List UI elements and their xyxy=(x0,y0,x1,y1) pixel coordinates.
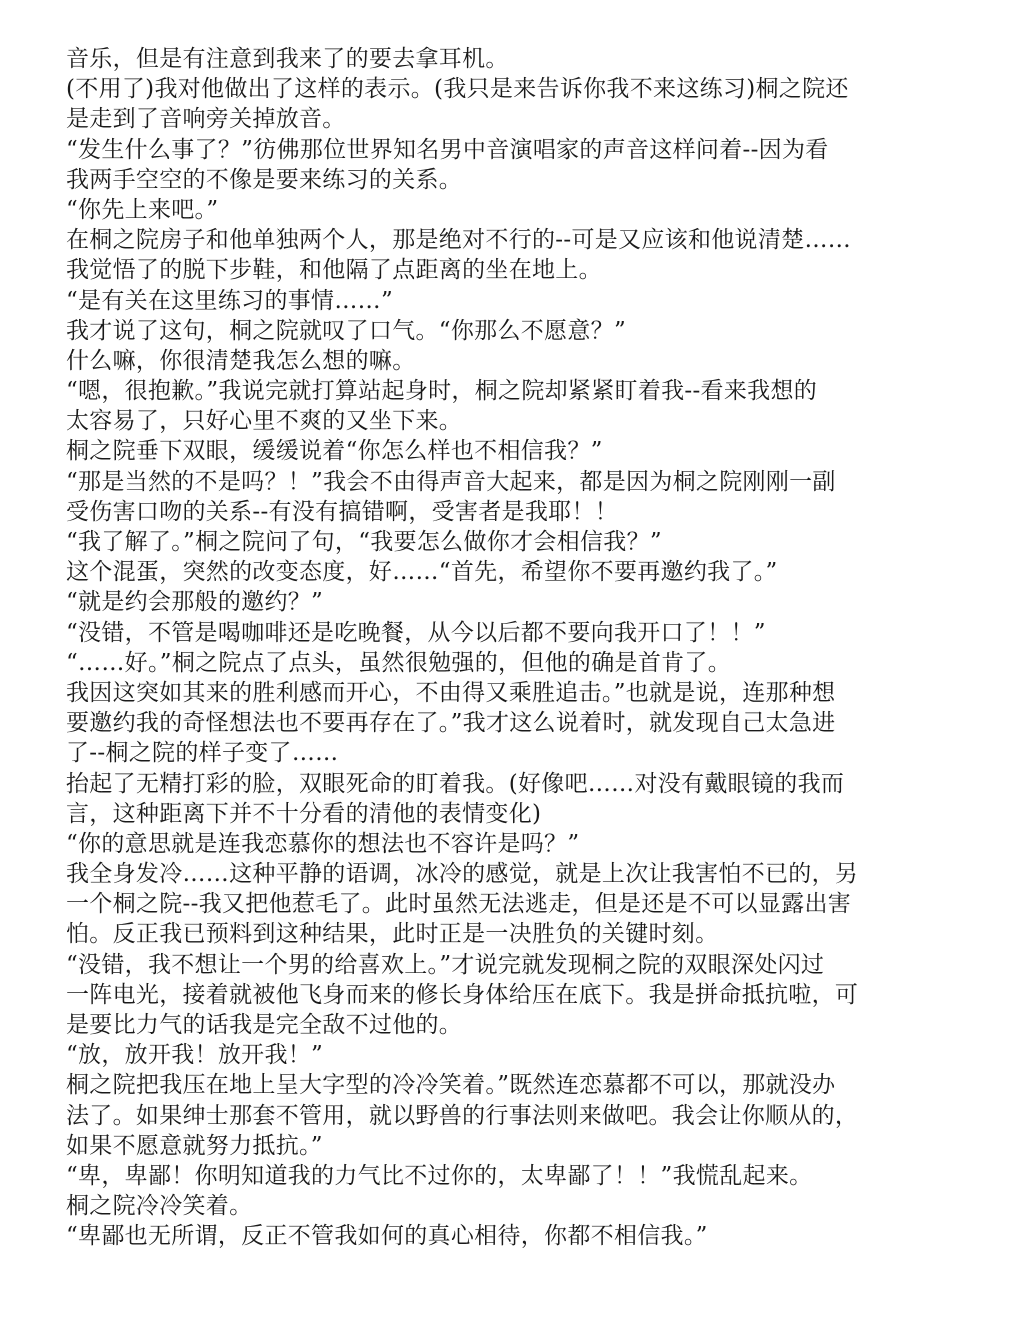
text-line: “嗯，很抱歉。”我说完就打算站起身时，桐之院却紧紧盯着我--看来我想的 xyxy=(66,376,956,406)
text-line: 如果不愿意就努力抵抗。” xyxy=(66,1131,956,1161)
text-line: 桐之院冷冷笑着。 xyxy=(66,1191,956,1221)
document-page: 音乐，但是有注意到我来了的要去拿耳机。 (不用了)我对他做出了这样的表示。(我只… xyxy=(66,44,956,1252)
text-line: “我了解了。”桐之院问了句，“我要怎么做你才会相信我？” xyxy=(66,527,956,557)
text-line: “没错，我不想让一个男的给喜欢上。”才说完就发现桐之院的双眼深处闪过 xyxy=(66,950,956,980)
text-line: 我因这突如其来的胜利感而开心，不由得又乘胜追击。”也就是说，连那种想 xyxy=(66,678,956,708)
text-line: 桐之院把我压在地上呈大字型的冷冷笑着。”既然连恋慕都不可以，那就没办 xyxy=(66,1070,956,1100)
text-line: “卑，卑鄙！你明知道我的力气比不过你的，太卑鄙了！！”我慌乱起来。 xyxy=(66,1161,956,1191)
text-line: 我全身发冷……这种平静的语调，冰冷的感觉，就是上次让我害怕不已的，另 xyxy=(66,859,956,889)
text-line: “那是当然的不是吗？！”我会不由得声音大起来，都是因为桐之院刚刚一副 xyxy=(66,467,956,497)
text-line: 一阵电光，接着就被他飞身而来的修长身体给压在底下。我是拼命抵抗啦，可 xyxy=(66,980,956,1010)
text-line: (不用了)我对他做出了这样的表示。(我只是来告诉你我不来这练习)桐之院还 xyxy=(66,74,956,104)
text-line: “你先上来吧。” xyxy=(66,195,956,225)
text-line: 我两手空空的不像是要来练习的关系。 xyxy=(66,165,956,195)
text-line: 我才说了这句，桐之院就叹了口气。“你那么不愿意？” xyxy=(66,316,956,346)
text-line: 法了。如果绅士那套不管用，就以野兽的行事法则来做吧。我会让你顺从的， xyxy=(66,1101,956,1131)
text-line: 受伤害口吻的关系--有没有搞错啊，受害者是我耶！！ xyxy=(66,497,956,527)
text-line: “你的意思就是连我恋慕你的想法也不容许是吗？” xyxy=(66,829,956,859)
text-line: “卑鄙也无所谓，反正不管我如何的真心相待，你都不相信我。” xyxy=(66,1221,956,1251)
text-line: 要邀约我的奇怪想法也不要再存在了。”我才这么说着时，就发现自己太急进 xyxy=(66,708,956,738)
text-line: 我觉悟了的脱下步鞋，和他隔了点距离的坐在地上。 xyxy=(66,255,956,285)
text-line: 是要比力气的话我是完全敌不过他的。 xyxy=(66,1010,956,1040)
text-line: 什么嘛，你很清楚我怎么想的嘛。 xyxy=(66,346,956,376)
text-line: 桐之院垂下双眼，缓缓说着“你怎么样也不相信我？” xyxy=(66,436,956,466)
text-line: 言，这种距离下并不十分看的清他的表情变化) xyxy=(66,799,956,829)
text-line: “就是约会那般的邀约？” xyxy=(66,587,956,617)
text-line: “没错，不管是喝咖啡还是吃晚餐，从今以后都不要向我开口了！！” xyxy=(66,618,956,648)
text-line: “是有关在这里练习的事情……” xyxy=(66,286,956,316)
text-line: “……好。”桐之院点了点头，虽然很勉强的，但他的确是首肯了。 xyxy=(66,648,956,678)
text-line: 怕。反正我已预料到这种结果，此时正是一决胜负的关键时刻。 xyxy=(66,919,956,949)
text-line: “放，放开我！放开我！” xyxy=(66,1040,956,1070)
text-line: 了--桐之院的样子变了…… xyxy=(66,738,956,768)
text-line: 在桐之院房子和他单独两个人，那是绝对不行的--可是又应该和他说清楚…… xyxy=(66,225,956,255)
text-line: “发生什么事了？”彷佛那位世界知名男中音演唱家的声音这样问着--因为看 xyxy=(66,135,956,165)
text-line: 太容易了，只好心里不爽的又坐下来。 xyxy=(66,406,956,436)
text-line: 抬起了无精打彩的脸，双眼死命的盯着我。(好像吧……对没有戴眼镜的我而 xyxy=(66,769,956,799)
text-line: 一个桐之院--我又把他惹毛了。此时虽然无法逃走，但是还是不可以显露出害 xyxy=(66,889,956,919)
text-line: 这个混蛋，突然的改变态度，好……“首先，希望你不要再邀约我了。” xyxy=(66,557,956,587)
text-line: 音乐，但是有注意到我来了的要去拿耳机。 xyxy=(66,44,956,74)
text-line: 是走到了音响旁关掉放音。 xyxy=(66,104,956,134)
